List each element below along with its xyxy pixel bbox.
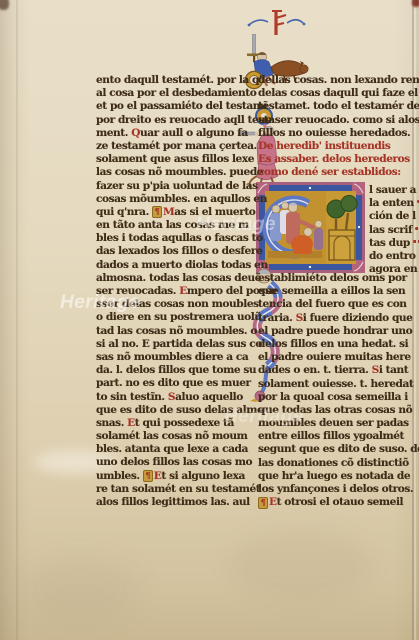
text-line: bles. atanta que lexe a cada (96, 443, 257, 456)
text-segment: alos fillos legittimos las. aul (96, 496, 250, 508)
text-segment: fillos no ouiesse heredados. (258, 127, 410, 139)
parchment-stain (230, 530, 370, 600)
text-line: como dené ser establidos: (258, 166, 416, 179)
text-line: las scrif (369, 224, 416, 237)
text-segment: S (372, 364, 379, 376)
text-segment: tencia del fuero que es con (258, 298, 407, 310)
parchment-stain (20, 560, 140, 620)
text-line: Es assaber. delos herederos (258, 153, 416, 166)
text-line: dados a muerto diolas todas en (96, 259, 257, 272)
text-segment: re tan solamét en su testamét (96, 483, 260, 495)
text-line: et po el passamiéto del testamĩ (96, 100, 257, 113)
text-segment: l sauer a (369, 184, 416, 196)
text-line: solament que asus fillos lexe (96, 153, 257, 166)
text-line: ser reuocadas. Empero del posse (96, 285, 257, 298)
text-line: traria. Si fuere diziendo que (258, 312, 416, 325)
text-segment: bles i todas aqullas o fascas to (96, 232, 263, 244)
text-segment: M (163, 206, 174, 218)
text-line: que es dito de suso delas almo (96, 404, 257, 417)
text-segment: entre eillos fillos ygoalmét (258, 430, 404, 442)
text-segment: qui q'nra. (96, 206, 152, 218)
text-segment: que todas las otras cosas nõ (258, 404, 412, 416)
text-line: l sauer a (369, 184, 416, 197)
text-segment: Q (131, 127, 140, 139)
text-segment: E (269, 496, 277, 508)
text-segment: t qui possedexe tã (135, 417, 234, 429)
text-segment: ze testamét por mana çertea. (96, 140, 257, 152)
text-line: uno delos fillos las cosas mo (96, 456, 257, 469)
text-line: ción de l (369, 210, 416, 223)
text-segment: tas dup (369, 237, 410, 249)
text-segment: delas cosas daqull qui faze el (258, 87, 418, 99)
text-line: fillos no ouiesse heredados. (258, 127, 416, 140)
text-line: re tan solamét en su testamét (96, 483, 257, 496)
text-line: entre eillos fillos ygoalmét (258, 430, 416, 443)
text-segment: part. no es dito que es muer (96, 377, 251, 389)
text-line: las donationes cõ distinctiõ (258, 457, 416, 470)
text-segment: traria. (258, 312, 296, 324)
text-segment: ssor delas cosas non moubles (96, 298, 259, 310)
text-line: da. l. delos fillos que tome su (96, 364, 257, 377)
text-line: tas dup (369, 237, 416, 250)
text-segment: as si el muerto (174, 206, 255, 218)
text-segment: segunt que es dito de suso. de (258, 443, 419, 455)
text-segment: delos fillos en una hedat. si (258, 338, 408, 350)
text-line: do entro (369, 250, 416, 263)
line-filler-ornament (413, 240, 419, 243)
text-line: ue ser reuocado. como si alos (258, 114, 416, 127)
text-segment: establimiéto delos oms por (258, 272, 407, 284)
text-segment: S (296, 312, 303, 324)
miniature-historiated-initial (256, 182, 365, 273)
text-line: que hr'a luego es notada de (258, 470, 416, 483)
text-segment: las donationes cõ distinctiõ (258, 457, 409, 469)
text-line: por la quoal cosa semeilla i (258, 391, 416, 404)
text-line: la enten (369, 197, 416, 210)
corner-stain-top-left (0, 0, 9, 10)
text-line: tencia del fuero que es con (258, 298, 416, 311)
right-text-column-bottom: establimiéto delos oms porque semeilla a… (258, 272, 416, 509)
text-segment: que es dito de suso delas almo (96, 404, 264, 416)
text-line: fazer su p'pia uoluntad de las (96, 180, 257, 193)
text-segment: i fuere diziendo que (303, 312, 413, 324)
text-line: ento daqull testamét. por la q' (96, 74, 257, 87)
text-line: testamet. todo el testamér de (258, 100, 416, 113)
text-segment: sas nõ moumbles diere a ca (96, 351, 248, 363)
text-segment: snas. (96, 417, 127, 429)
text-segment: to sin testĩn. (96, 391, 168, 403)
text-segment: cosas mõumbles. en aqullos en (96, 193, 267, 205)
text-line: establimiéto delos oms por (258, 272, 416, 285)
right-text-column-top: dellas cosas. non lexando rendelas cosas… (258, 74, 416, 180)
text-segment: ser reuocadas. (96, 285, 179, 297)
text-line: los ynfançones i delos otros. (258, 483, 416, 496)
text-segment: ue ser reuocado. como si alos (258, 114, 419, 126)
text-segment: et po el passamiéto del testamĩ (96, 100, 267, 112)
text-segment: que hr'a luego es notada de (258, 470, 410, 482)
text-segment: t si alguno lexa (161, 470, 244, 482)
text-segment: el padre ouiere muitas here (258, 351, 411, 363)
text-segment: E (127, 417, 135, 429)
text-segment: tad las cosas nõ moumbles. o (96, 325, 257, 337)
text-line: ze testamét por mana çertea. (96, 140, 257, 153)
text-segment: como dené ser establidos: (258, 166, 401, 178)
left-text-column: ento daqull testamét. por la q'al cosa p… (96, 74, 257, 509)
line-filler-ornament (415, 227, 419, 230)
text-line: snas. Et qui possedexe tã (96, 417, 257, 430)
text-line: delos fillos en una hedat. si (258, 338, 416, 351)
text-line: alos fillos legittimos las. aul (96, 496, 257, 509)
text-segment: da. l. delos fillos que tome su (96, 364, 256, 376)
text-segment: i tant (379, 364, 408, 376)
text-segment: S (168, 391, 175, 403)
text-segment: ción de l (369, 210, 416, 222)
text-line: que todas las otras cosas nõ (258, 404, 416, 417)
text-line: ¶Et otrosi el otauo semeil (258, 496, 416, 509)
text-segment: ment. (96, 127, 131, 139)
text-segment: que semeilla a eillos la sen (258, 285, 405, 297)
text-line: o diere en su postremera uolũ (96, 311, 257, 324)
text-line: segunt que es dito de suso. de (258, 443, 416, 456)
text-line: bles i todas aqullas o fascas to (96, 232, 257, 245)
text-line: to sin testĩn. Saluo aquello (96, 391, 257, 404)
text-segment: aluo aquello (175, 391, 243, 403)
text-line: qui q'nra. ¶Mas si el muerto (96, 206, 257, 219)
text-segment: moumbles deuen ser padas (258, 417, 409, 429)
text-segment: solamét las cosas nõ moum (96, 430, 247, 442)
text-line: De heredib' instituendis (258, 140, 416, 153)
corner-stain-top-right (412, 0, 419, 7)
text-segment: Es assaber. delos herederos (258, 153, 410, 165)
text-line: sas nõ moumbles diere a ca (96, 351, 257, 364)
text-segment: das lexados los fillos o desfere (96, 245, 262, 257)
text-line: ssor delas cosas non moubles (96, 298, 257, 311)
text-segment: por dreito es reuocado aqll testa (96, 114, 275, 126)
text-segment: E (179, 285, 187, 297)
text-segment: ento daqull testamét. por la q' (96, 74, 262, 86)
text-segment: solament ouiesse. t. heredat (258, 378, 413, 390)
text-line: part. no es dito que es muer (96, 377, 257, 390)
paragraph-mark: ¶ (143, 470, 153, 482)
text-line: si al no. E partida delas sus co (96, 338, 257, 351)
text-line: ment. Quar aull o alguno fa (96, 127, 257, 140)
text-line: dellas cosas. non lexando ren (258, 74, 416, 87)
text-segment: los ynfançones i delos otros. (258, 483, 413, 495)
text-line: el padre puede hondrar uno (258, 325, 416, 338)
text-segment: dades o en. t. tierra. (258, 364, 372, 376)
right-text-column-beside-miniature: l sauer ala entención de llas scriftas d… (369, 184, 416, 276)
text-segment: el padre puede hondrar uno (258, 325, 412, 337)
text-segment: do entro (369, 250, 416, 262)
page-fold-left (16, 0, 18, 640)
text-segment: la enten (369, 197, 414, 209)
text-segment: testamet. todo el testamér de (258, 100, 419, 112)
text-line: delas cosas daqull qui faze el (258, 87, 416, 100)
text-segment: si al no. E partida delas sus co (96, 338, 262, 350)
text-line: umbles. ¶Et si alguno lexa (96, 470, 257, 483)
text-segment: t otrosi el otauo semeil (277, 496, 404, 508)
text-segment: en tãto anta las cosas me m (96, 219, 249, 231)
text-line: dades o en. t. tierra. Si tant (258, 364, 416, 377)
text-segment: al cosa por el desbedamiento (96, 87, 256, 99)
text-segment: fazer su p'pia uoluntad de las (96, 180, 258, 192)
text-line: solamét las cosas nõ moum (96, 430, 257, 443)
text-segment: dados a muerto diolas todas en (96, 259, 268, 271)
text-line: das lexados los fillos o desfere (96, 245, 257, 258)
text-segment: De heredib' instituendis (258, 140, 390, 152)
text-line: tad las cosas nõ moumbles. o (96, 325, 257, 338)
text-line: por dreito es reuocado aqll testa (96, 114, 257, 127)
manuscript-page: ento daqull testamét. por la q'al cosa p… (0, 0, 419, 640)
text-line: al cosa por el desbedamiento (96, 87, 257, 100)
text-line: almosna. todas las cosas deuẽ (96, 272, 257, 285)
text-line: que semeilla a eillos la sen (258, 285, 416, 298)
text-segment: uar aull o alguno fa (140, 127, 248, 139)
text-segment: almosna. todas las cosas deuẽ (96, 272, 261, 284)
text-segment: umbles. (96, 470, 143, 482)
text-segment: uno delos fillos las cosas mo (96, 456, 252, 468)
text-segment: por la quoal cosa semeilla i (258, 391, 408, 403)
text-line: moumbles deuen ser padas (258, 417, 416, 430)
text-line: el padre ouiere muitas here (258, 351, 416, 364)
paragraph-mark: ¶ (258, 497, 268, 509)
text-segment: dellas cosas. non lexando ren (258, 74, 419, 86)
text-line: solament ouiesse. t. heredat (258, 378, 416, 391)
text-segment: las scrif (369, 224, 412, 236)
text-line: cosas mõumbles. en aqullos en (96, 193, 257, 206)
text-segment: solament que asus fillos lexe (96, 153, 254, 165)
text-line: en tãto anta las cosas me m (96, 219, 257, 232)
paragraph-mark: ¶ (152, 206, 162, 218)
text-segment: o diere en su postremera uolũ (96, 311, 262, 323)
text-segment: bles. atanta que lexe a cada (96, 443, 248, 455)
text-segment: las cosas nõ moumbles. puede (96, 166, 263, 178)
text-line: las cosas nõ moumbles. puede (96, 166, 257, 179)
